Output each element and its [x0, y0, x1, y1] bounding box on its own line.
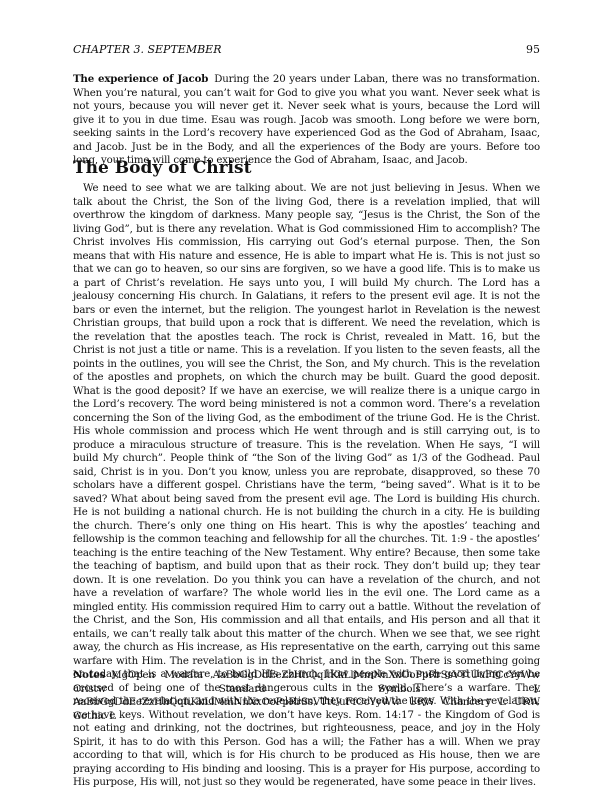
page-number: 95: [526, 43, 540, 56]
notes-title: Notes: [73, 669, 105, 681]
jacob-paragraph-title: The experience of Jacob: [73, 73, 208, 85]
section-title: The Body of Christ: [73, 158, 251, 178]
running-header: CHAPTER 3. SEPTEMBER 95: [73, 43, 540, 56]
notes-paragraph: NotesMgOpen Modata AaBbGgDdEeZzHhQqIiKkL…: [73, 669, 540, 723]
notes-text: MgOpen Modata AaBbGgDdEeZzHhQqIiKkLlMmNn…: [73, 670, 540, 722]
jacob-paragraph: The experience of JacobDuring the 20 yea…: [73, 73, 540, 168]
chapter-title: CHAPTER 3. SEPTEMBER: [73, 43, 221, 56]
jacob-paragraph-text: During the 20 years under Laban, there w…: [73, 74, 540, 166]
